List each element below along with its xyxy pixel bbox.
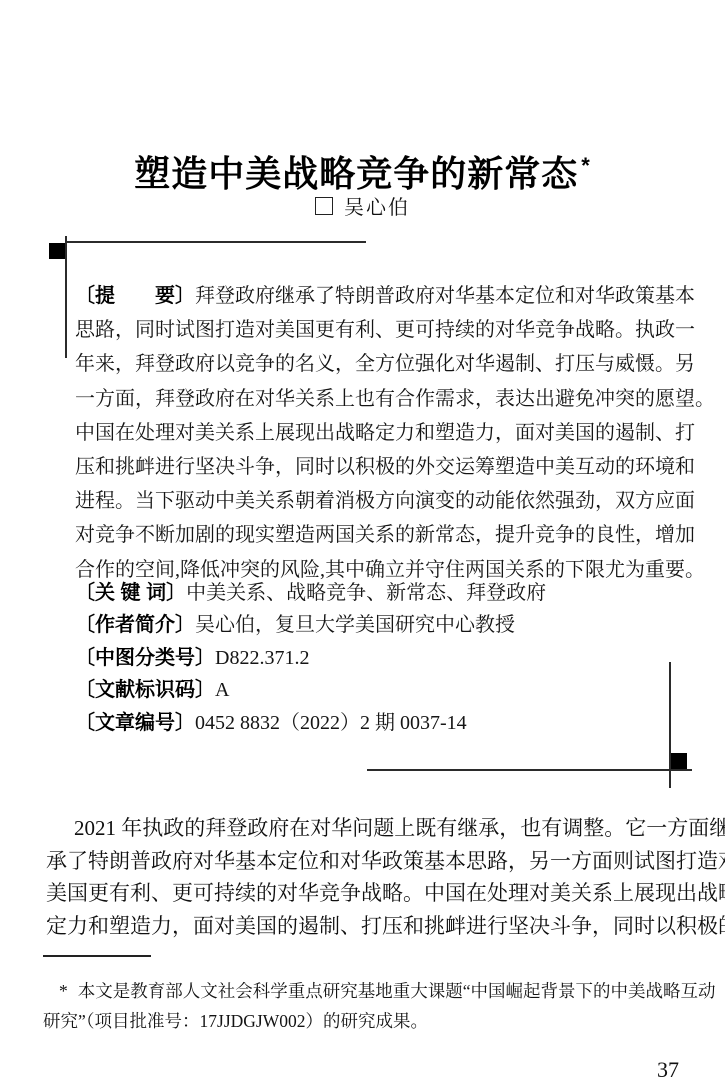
body-line: 承了特朗普政府对华基本定位和对华政策基本思路，另一方面则试图打造对 xyxy=(46,845,679,878)
title-footnote-marker: * xyxy=(581,153,591,178)
abstract-block: 〔提 要〕拜登政府继承了特朗普政府对华基本定位和对华政策基本 思路，同时试图打造… xyxy=(75,279,665,587)
page-title: 塑造中美战略竞争的新常态* xyxy=(0,146,725,197)
footnote-line: 研究”（项目批准号：17JJDGJW002）的研究成果。 xyxy=(43,1007,671,1037)
author-marker-box-icon xyxy=(315,197,333,215)
author-bio-value: 吴心伯，复旦大学美国研究中心教授 xyxy=(195,614,515,636)
abstract-line: 对竞争不断加剧的现实塑造两国关系的新常态，提升竞争的良性，增加 xyxy=(75,518,665,552)
clc-number-value: D822.371.2 xyxy=(215,647,309,669)
document-code-row: 〔文献标识码〕A xyxy=(75,674,675,706)
page-title-text: 塑造中美战略竞争的新常态 xyxy=(134,153,578,194)
abstract-line: 〔提 要〕拜登政府继承了特朗普政府对华基本定位和对华政策基本 xyxy=(75,279,665,313)
article-id-row: 〔文章编号〕0452 8832（2022）2 期 0037-14 xyxy=(75,707,675,739)
abstract-line: 中国在处理对美关系上展现出战略定力和塑造力，面对美国的遏制、打 xyxy=(75,416,665,450)
keywords-label: 〔关 键 词〕 xyxy=(75,582,186,604)
footnote-separator-rule xyxy=(43,955,151,957)
abstract-line: 进程。当下驱动中美关系朝着消极方向演变的动能依然强劲，双方应面 xyxy=(75,484,665,518)
corner-square-top-left xyxy=(49,243,65,259)
metadata-block: 〔关 键 词〕中美关系、战略竞争、新常态、拜登政府 〔作者简介〕吴心伯，复旦大学… xyxy=(75,577,675,739)
abstract-line-text: 拜登政府继承了特朗普政府对华基本定位和对华政策基本 xyxy=(195,285,695,307)
keywords-value: 中美关系、战略竞争、新常态、拜登政府 xyxy=(186,582,546,604)
abstract-label: 〔提 要〕 xyxy=(75,285,195,307)
body-line: 定力和塑造力，面对美国的遏制、打压和挑衅进行坚决斗争，同时以积极的 xyxy=(46,910,679,943)
abstract-line: 一方面，拜登政府在对华关系上也有合作需求，表达出避免冲突的愿望。 xyxy=(75,382,665,416)
author-bio-label: 〔作者简介〕 xyxy=(75,614,195,636)
author-row: 吴心伯 xyxy=(0,191,725,220)
abstract-line: 年来，拜登政府以竞争的名义，全方位强化对华遏制、打压与威慑。另 xyxy=(75,347,665,381)
page-number: 37 xyxy=(648,1057,688,1083)
body-line: 2021 年执政的拜登政府在对华问题上既有继承，也有调整。它一方面继 xyxy=(46,812,679,845)
body-paragraph: 2021 年执政的拜登政府在对华问题上既有继承，也有调整。它一方面继 承了特朗普… xyxy=(46,812,679,942)
abstract-line: 思路，同时试图打造对美国更有利、更可持续的对华竞争战略。执政一 xyxy=(75,313,665,347)
author-bio-row: 〔作者简介〕吴心伯，复旦大学美国研究中心教授 xyxy=(75,609,675,641)
abstract-left-rule xyxy=(65,236,67,358)
abstract-bottom-rule xyxy=(367,769,692,771)
document-code-label: 〔文献标识码〕 xyxy=(75,679,215,701)
clc-number-label: 〔中图分类号〕 xyxy=(75,647,215,669)
abstract-top-rule xyxy=(65,241,366,243)
keywords-row: 〔关 键 词〕中美关系、战略竞争、新常态、拜登政府 xyxy=(75,577,675,609)
corner-square-bottom-right xyxy=(671,753,687,769)
article-id-value: 0452 8832（2022）2 期 0037-14 xyxy=(195,712,467,734)
footnote-line: *本文是教育部人文社会科学重点研究基地重大课题“中国崛起背景下的中美战略互动 xyxy=(43,977,671,1007)
clc-number-row: 〔中图分类号〕D822.371.2 xyxy=(75,642,675,674)
footnote-line-text: 本文是教育部人文社会科学重点研究基地重大课题“中国崛起背景下的中美战略互动 xyxy=(78,981,716,1001)
footnote-marker: * xyxy=(59,981,68,1001)
author-name: 吴心伯 xyxy=(344,191,410,220)
document-code-value: A xyxy=(215,679,229,701)
footnote-block: *本文是教育部人文社会科学重点研究基地重大课题“中国崛起背景下的中美战略互动 研… xyxy=(43,977,671,1036)
body-line: 美国更有利、更可持续的对华竞争战略。中国在处理对美关系上展现出战略 xyxy=(46,877,679,910)
paper-page: 塑造中美战略竞争的新常态* 吴心伯 〔提 要〕拜登政府继承了特朗普政府对华基本定… xyxy=(0,0,725,1090)
abstract-line: 压和挑衅进行坚决斗争，同时以积极的外交运筹塑造中美互动的环境和 xyxy=(75,450,665,484)
article-id-label: 〔文章编号〕 xyxy=(75,712,195,734)
